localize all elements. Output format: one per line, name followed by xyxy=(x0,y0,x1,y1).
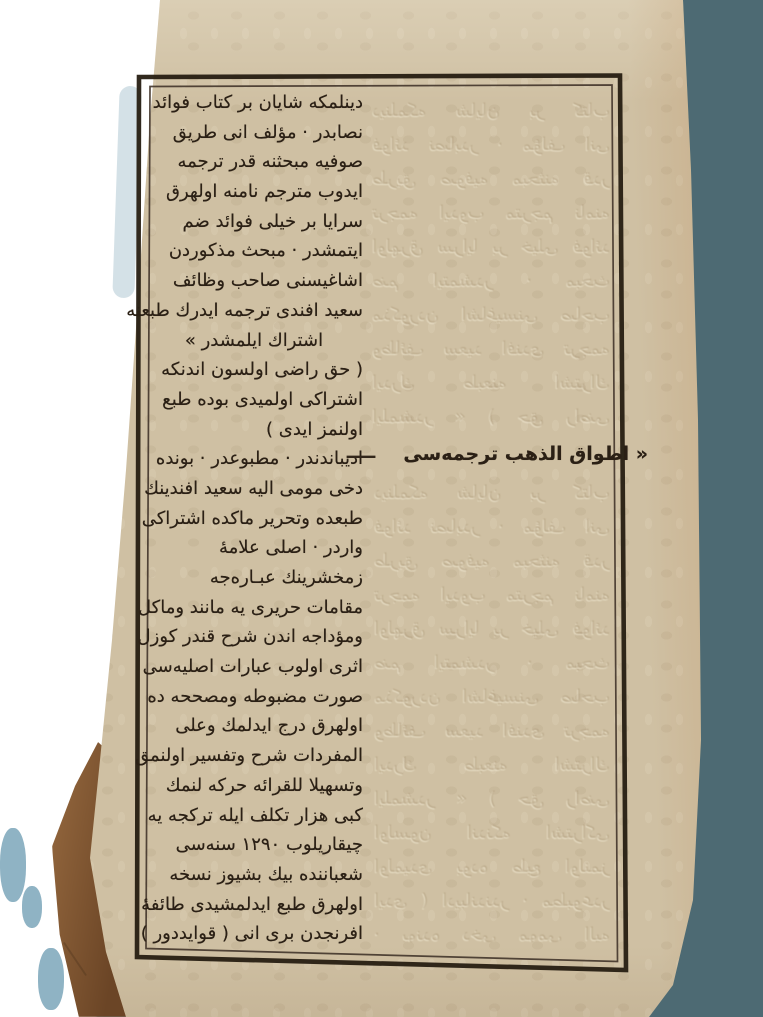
text-line: طبعده وتحرير ماكده اشتراكى xyxy=(145,504,363,534)
text-line: اولنمز ايدى ) xyxy=(145,415,363,445)
text-line: چيقاريلوب ١٢٩٠ سنه‌سى xyxy=(145,830,363,860)
text-line: المفردات شرح وتفسير اولنمق xyxy=(145,741,363,771)
entry-separator-dash: — xyxy=(332,446,390,466)
text-line: ايتمشدر · مبحث مذكوردن xyxy=(145,236,363,266)
ottoman-text-column: دينلمكه شايان بر كتاب فوائدنصابدر · مؤلف… xyxy=(145,88,363,949)
text-line: كبى هزار تكلف ايله تركجه يه xyxy=(145,801,363,831)
text-line: صوفيه مبحثنه قدر ترجمه xyxy=(145,147,363,177)
text-line: اولهرق درج ايدلمك وعلى xyxy=(145,711,363,741)
text-line: اشتراكى اولميدى بوده طبع xyxy=(145,385,363,415)
text-line: اشتراك ايلمشدر » xyxy=(145,326,363,356)
text-line: اولهرق طبع ايدلمشيدى طائفۀ xyxy=(145,890,363,920)
text-line: زمخشرينك عبـاره‌جه xyxy=(145,563,363,593)
entry-title-atwaq-al-dhahab: « اطواق الذهب ترجمه‌سى xyxy=(400,443,648,465)
text-line: دينلمكه شايان بر كتاب فوائد xyxy=(145,88,363,118)
text-line: اثرى اولوب عبارات اصليه‌سى xyxy=(145,652,363,682)
text-line: سعيد افندى ترجمه ايدرك طبعنه xyxy=(145,296,363,326)
text-line: ومؤداجه اندن شرح قندر كوزل xyxy=(145,622,363,652)
text-line: اشاغيسنى صاحب وظائف xyxy=(145,266,363,296)
text-line: افرنجدن برى انى ( قوايددور ) xyxy=(145,919,363,949)
printed-border-frame xyxy=(0,0,763,1017)
text-line: نصابدر · مؤلف انى طريق xyxy=(145,118,363,148)
text-line: شعباننده بيك بشيوز نسخه xyxy=(145,860,363,890)
text-line: صورت مضبوطه ومصححه ده xyxy=(145,682,363,712)
text-line: مقامات حريرى يه مانند وماكل xyxy=(145,593,363,623)
text-line: ايدوب مترجم نامنه اولهرق xyxy=(145,177,363,207)
text-line: ( حق راضى اولسون اندنكه xyxy=(145,355,363,385)
text-line: اديباندندر · مطبوعدر · بونده xyxy=(145,444,363,474)
text-line: واردر · اصلى علامۀ xyxy=(145,533,363,563)
text-line: وتسهيلا للقرائه حركه لنمك xyxy=(145,771,363,801)
text-line: دخى مومى اليه سعيد افندينك xyxy=(145,474,363,504)
photographed-book-page: دينلمكه شايان بر كتاب فوائد نصابدر · مؤل… xyxy=(0,0,763,1017)
text-line: سرايا بر خيلى فوائد ضم xyxy=(145,207,363,237)
